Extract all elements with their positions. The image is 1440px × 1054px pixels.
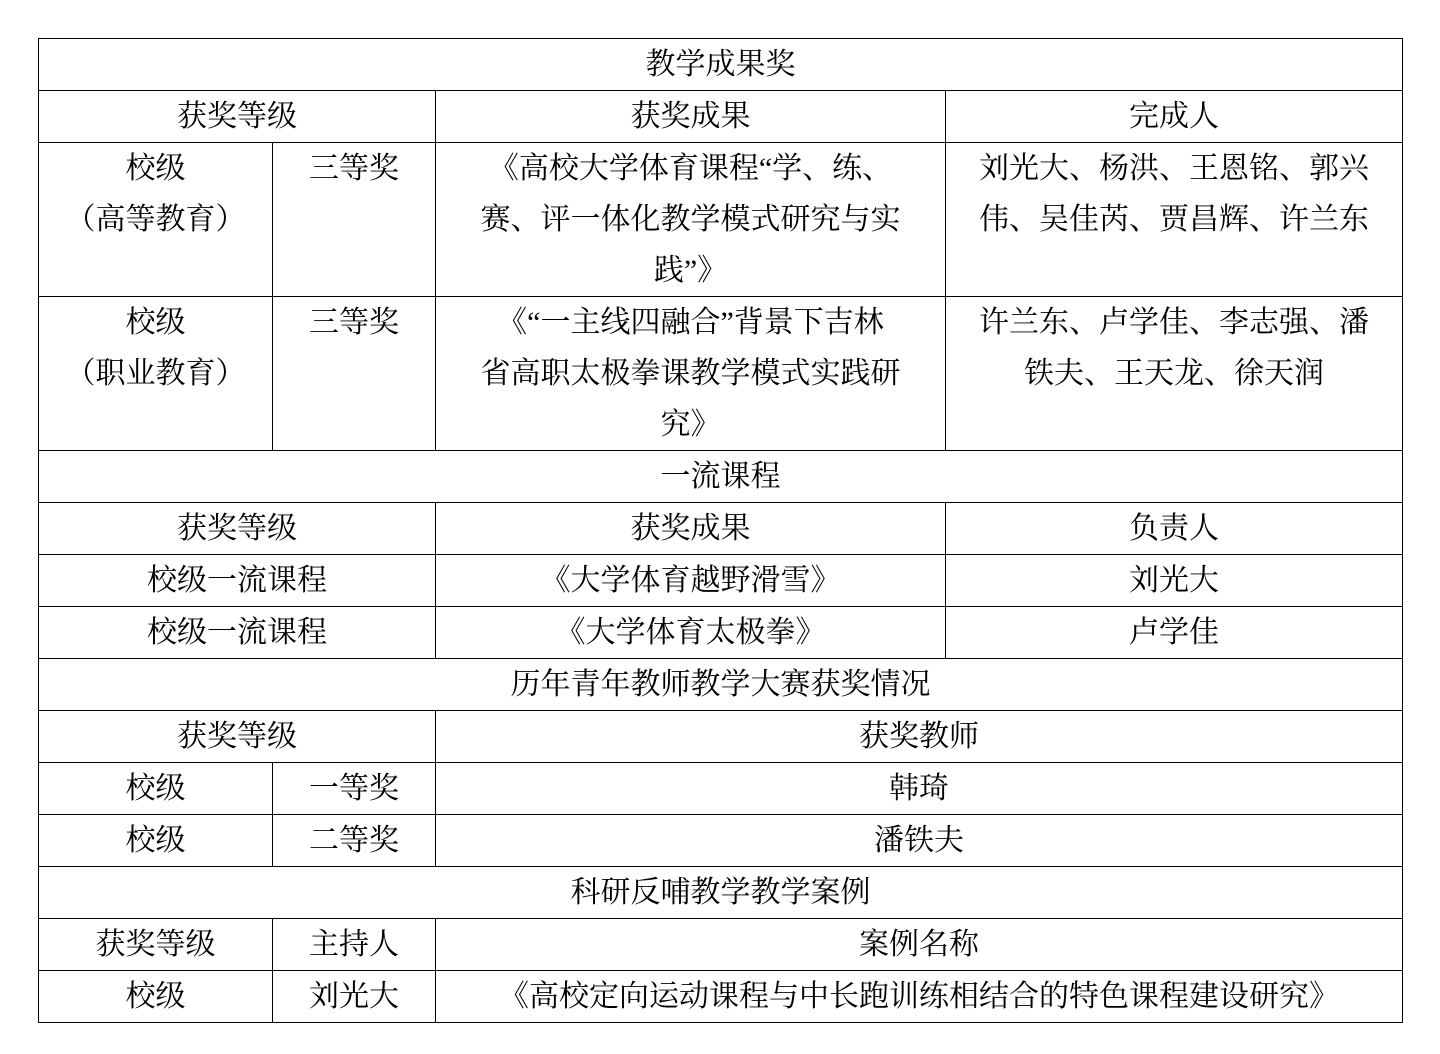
- table-row: 校级 二等奖 潘铁夫: [39, 815, 1403, 867]
- data-cell-case: 《高校定向运动课程与中长跑训练相结合的特色课程建设研究》: [436, 971, 1403, 1023]
- header-cell-completers: 完成人: [946, 91, 1403, 143]
- data-cell-level: 校级: [39, 763, 273, 815]
- data-cell-award: 一等奖: [273, 763, 436, 815]
- header-cell-award-level: 获奖等级: [39, 919, 273, 971]
- section-title-teaching-achievement: 教学成果奖: [39, 39, 1403, 91]
- data-cell-people: 许兰东、卢学佳、李志强、潘 铁夫、王天龙、徐天润: [946, 297, 1403, 451]
- table-row: 获奖等级 获奖成果 完成人: [39, 91, 1403, 143]
- data-cell-result: 《大学体育太极拳》: [436, 607, 946, 659]
- data-cell-award: 三等奖: [273, 143, 436, 297]
- section-title-research-case: 科研反哺教学教学案例: [39, 867, 1403, 919]
- data-cell-level: 校级 （高等教育）: [39, 143, 273, 297]
- header-cell-case-name: 案例名称: [436, 919, 1403, 971]
- table-row: 获奖等级 获奖教师: [39, 711, 1403, 763]
- table-row: 科研反哺教学教学案例: [39, 867, 1403, 919]
- data-cell-award: 三等奖: [273, 297, 436, 451]
- header-cell-person-in-charge: 负责人: [946, 503, 1403, 555]
- data-cell-person: 刘光大: [946, 555, 1403, 607]
- data-cell-host: 刘光大: [273, 971, 436, 1023]
- data-cell-people: 刘光大、杨洪、王恩铭、郭兴 伟、吴佳芮、贾昌辉、许兰东: [946, 143, 1403, 297]
- document-page: 教学成果奖 获奖等级 获奖成果 完成人 校级 （高等教育） 三等奖 《高校大学体…: [0, 0, 1440, 1054]
- data-cell-level: 校级一流课程: [39, 555, 436, 607]
- table-row: 校级一流课程 《大学体育太极拳》 卢学佳: [39, 607, 1403, 659]
- section-title-teaching-competition: 历年青年教师教学大赛获奖情况: [39, 659, 1403, 711]
- data-cell-level: 校级 （职业教育）: [39, 297, 273, 451]
- header-cell-awarded-teacher: 获奖教师: [436, 711, 1403, 763]
- data-cell-result: 《“一主线四融合”背景下吉林 省高职太极拳课教学模式实践研 究》: [436, 297, 946, 451]
- header-cell-award-result: 获奖成果: [436, 91, 946, 143]
- table-row: 校级 刘光大 《高校定向运动课程与中长跑训练相结合的特色课程建设研究》: [39, 971, 1403, 1023]
- data-cell-level: 校级一流课程: [39, 607, 436, 659]
- table-row: 一流课程: [39, 451, 1403, 503]
- table-row: 教学成果奖: [39, 39, 1403, 91]
- header-cell-award-level: 获奖等级: [39, 503, 436, 555]
- table-row: 校级 （高等教育） 三等奖 《高校大学体育课程“学、练、 赛、评一体化教学模式研…: [39, 143, 1403, 297]
- table-row: 校级一流课程 《大学体育越野滑雪》 刘光大: [39, 555, 1403, 607]
- data-cell-level: 校级: [39, 815, 273, 867]
- header-cell-host: 主持人: [273, 919, 436, 971]
- data-cell-award: 二等奖: [273, 815, 436, 867]
- header-cell-award-level: 获奖等级: [39, 91, 436, 143]
- table-row: 校级 （职业教育） 三等奖 《“一主线四融合”背景下吉林 省高职太极拳课教学模式…: [39, 297, 1403, 451]
- table-row: 校级 一等奖 韩琦: [39, 763, 1403, 815]
- data-cell-result: 《大学体育越野滑雪》: [436, 555, 946, 607]
- data-cell-result: 《高校大学体育课程“学、练、 赛、评一体化教学模式研究与实 践”》: [436, 143, 946, 297]
- data-cell-level: 校级: [39, 971, 273, 1023]
- awards-table: 教学成果奖 获奖等级 获奖成果 完成人 校级 （高等教育） 三等奖 《高校大学体…: [38, 38, 1403, 1023]
- table-row: 历年青年教师教学大赛获奖情况: [39, 659, 1403, 711]
- table-row: 获奖等级 主持人 案例名称: [39, 919, 1403, 971]
- data-cell-teacher: 韩琦: [436, 763, 1403, 815]
- data-cell-teacher: 潘铁夫: [436, 815, 1403, 867]
- table-row: 获奖等级 获奖成果 负责人: [39, 503, 1403, 555]
- data-cell-person: 卢学佳: [946, 607, 1403, 659]
- header-cell-award-level: 获奖等级: [39, 711, 436, 763]
- header-cell-award-result: 获奖成果: [436, 503, 946, 555]
- section-title-first-class-course: 一流课程: [39, 451, 1403, 503]
